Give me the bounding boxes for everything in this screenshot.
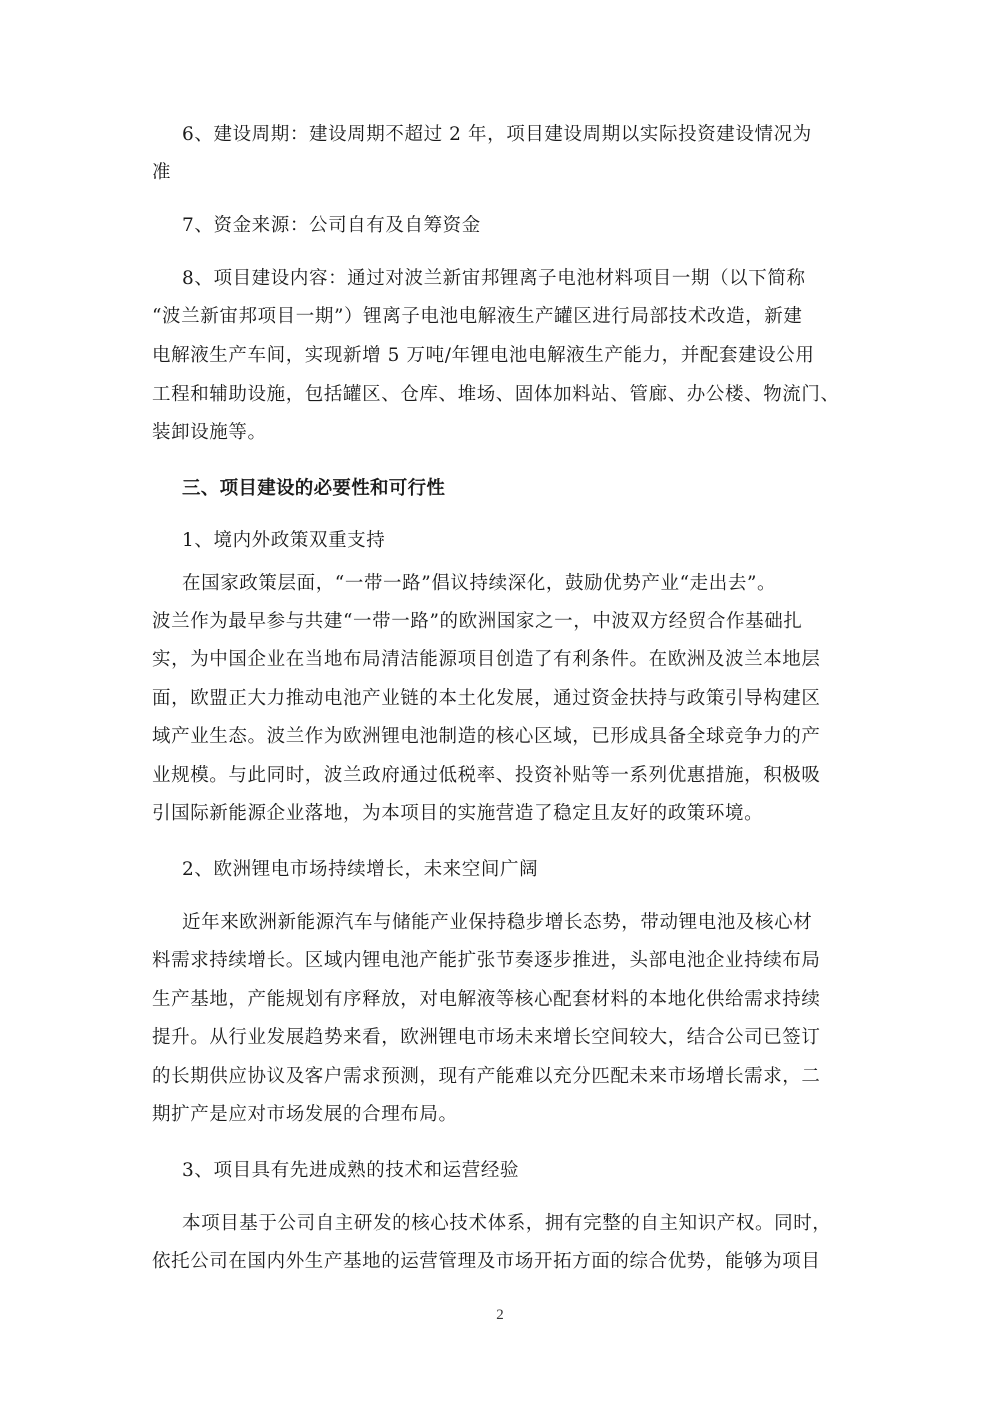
sub2-line-1: 近年来欧洲新能源汽车与储能产业保持稳步增长态势，带动锂电池及核心材: [182, 911, 882, 935]
sub2-line-4: 提升。从行业发展趋势来看，欧洲锂电市场未来增长空间较大，结合公司已签订: [152, 1026, 852, 1050]
item8-line-2: “波兰新宙邦项目一期”）锂离子电池电解液生产罐区进行局部技术改造，新建: [152, 305, 852, 329]
sub2-title: 2、欧洲锂电市场持续增长，未来空间广阔: [182, 858, 882, 882]
item6-line-1: 6、建设周期：建设周期不超过 2 年，项目建设周期以实际投资建设情况为: [182, 123, 882, 147]
sub1-title: 1、境内外政策双重支持: [182, 529, 882, 553]
item8-line-5: 装卸设施等。: [152, 421, 852, 445]
section3-heading: 三、项目建设的必要性和可行性: [182, 477, 882, 501]
sub1-line-1: 在国家政策层面，“一带一路”倡议持续深化，鼓励优势产业“走出去”。: [182, 572, 882, 596]
sub1-line-5: 域产业生态。波兰作为欧洲锂电池制造的核心区域，已形成具备全球竞争力的产: [152, 725, 852, 749]
item8-line-1: 8、项目建设内容：通过对波兰新宙邦锂离子电池材料项目一期（以下简称: [182, 267, 882, 291]
item7-line-1: 7、资金来源：公司自有及自筹资金: [182, 214, 882, 238]
page-number: 2: [0, 1307, 1000, 1324]
sub1-line-3: 实，为中国企业在当地布局清洁能源项目创造了有利条件。在欧洲及波兰本地层: [152, 648, 852, 672]
sub2-line-5: 的长期供应协议及客户需求预测，现有产能难以充分匹配未来市场增长需求，二: [152, 1065, 852, 1089]
item6-line-2: 准: [152, 161, 852, 185]
sub3-title: 3、项目具有先进成熟的技术和运营经验: [182, 1159, 882, 1183]
sub1-line-4: 面，欧盟正大力推动电池产业链的本土化发展，通过资金扶持与政策引导构建区: [152, 687, 852, 711]
sub3-line-2: 依托公司在国内外生产基地的运营管理及市场开拓方面的综合优势，能够为项目: [152, 1250, 852, 1274]
sub1-line-6: 业规模。与此同时，波兰政府通过低税率、投资补贴等一系列优惠措施，积极吸: [152, 764, 852, 788]
sub1-line-7: 引国际新能源企业落地，为本项目的实施营造了稳定且友好的政策环境。: [152, 802, 852, 826]
document-page: 6、建设周期：建设周期不超过 2 年，项目建设周期以实际投资建设情况为 准 7、…: [0, 0, 1000, 1414]
item8-line-3: 电解液生产车间，实现新增 5 万吨/年锂电池电解液生产能力，并配套建设公用: [152, 344, 852, 368]
sub2-line-3: 生产基地，产能规划有序释放，对电解液等核心配套材料的本地化供给需求持续: [152, 988, 852, 1012]
sub2-line-6: 期扩产是应对市场发展的合理布局。: [152, 1103, 852, 1127]
item8-line-4: 工程和辅助设施，包括罐区、仓库、堆场、固体加料站、管廊、办公楼、物流门、: [152, 383, 852, 407]
sub2-line-2: 料需求持续增长。区域内锂电池产能扩张节奏逐步推进，头部电池企业持续布局: [152, 949, 852, 973]
sub3-line-1: 本项目基于公司自主研发的核心技术体系，拥有完整的自主知识产权。同时，: [182, 1212, 882, 1236]
sub1-line-2: 波兰作为最早参与共建“一带一路”的欧洲国家之一，中波双方经贸合作基础扎: [152, 610, 852, 634]
